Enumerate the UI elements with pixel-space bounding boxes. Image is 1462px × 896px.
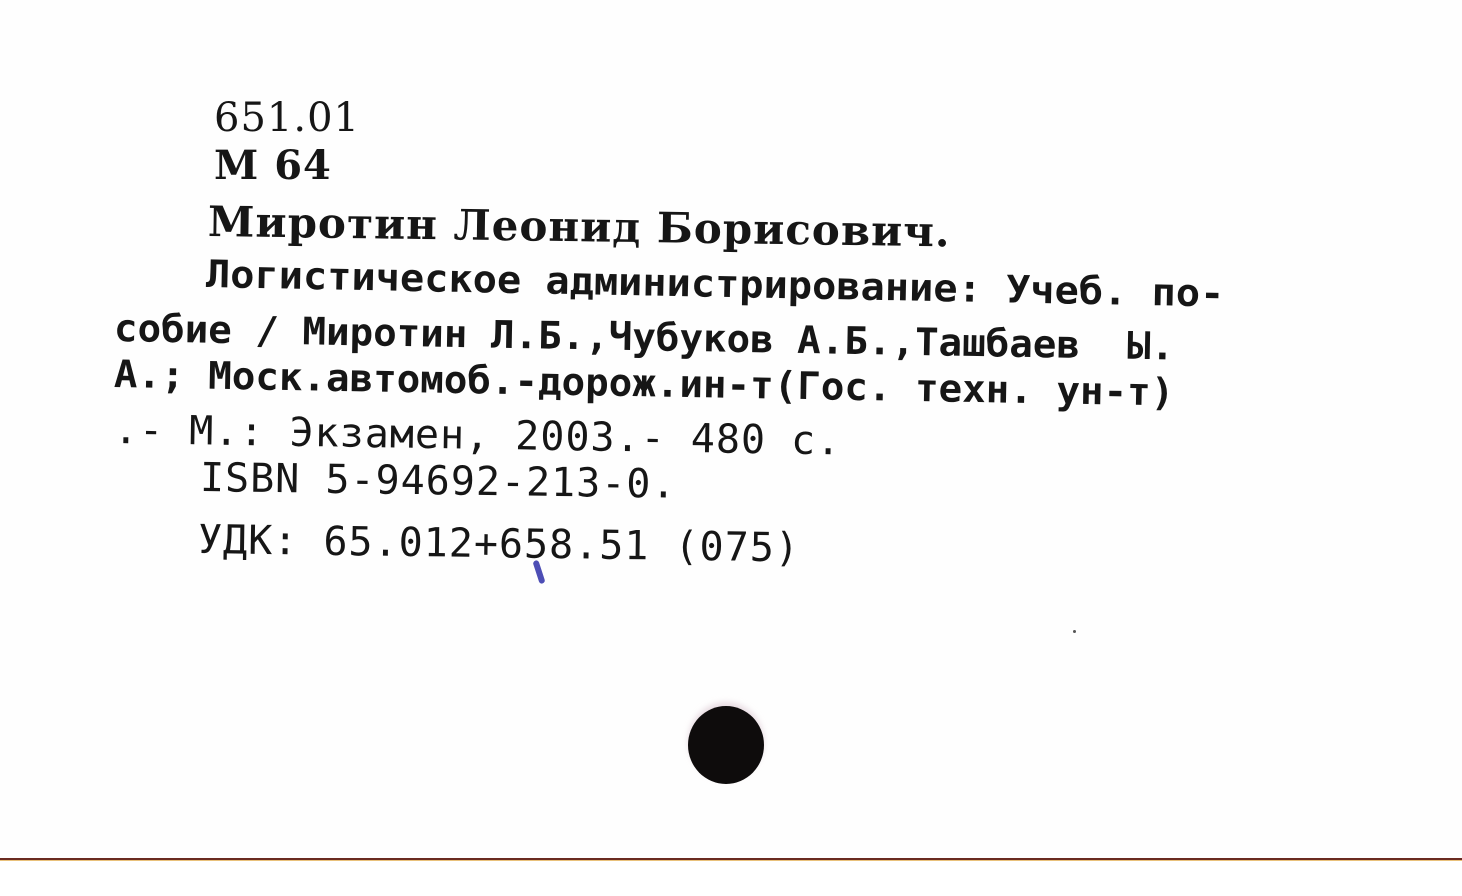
- punch-hole: [688, 706, 764, 784]
- speck: [1073, 630, 1076, 633]
- author-mark: М 64: [214, 144, 332, 188]
- udc: УДК: 65.012+658.51 (075): [198, 518, 801, 570]
- author-heading: Миротин Леонид Борисович.: [208, 200, 951, 254]
- isbn: ISBN 5-94692-213-0.: [200, 456, 677, 507]
- classification-index: 651.01: [214, 96, 360, 140]
- title-line-1: Логистическое администрирование: Учеб. п…: [206, 252, 1225, 316]
- library-catalog-card: 651.01 М 64 Миротин Леонид Борисович. Ло…: [0, 0, 1462, 860]
